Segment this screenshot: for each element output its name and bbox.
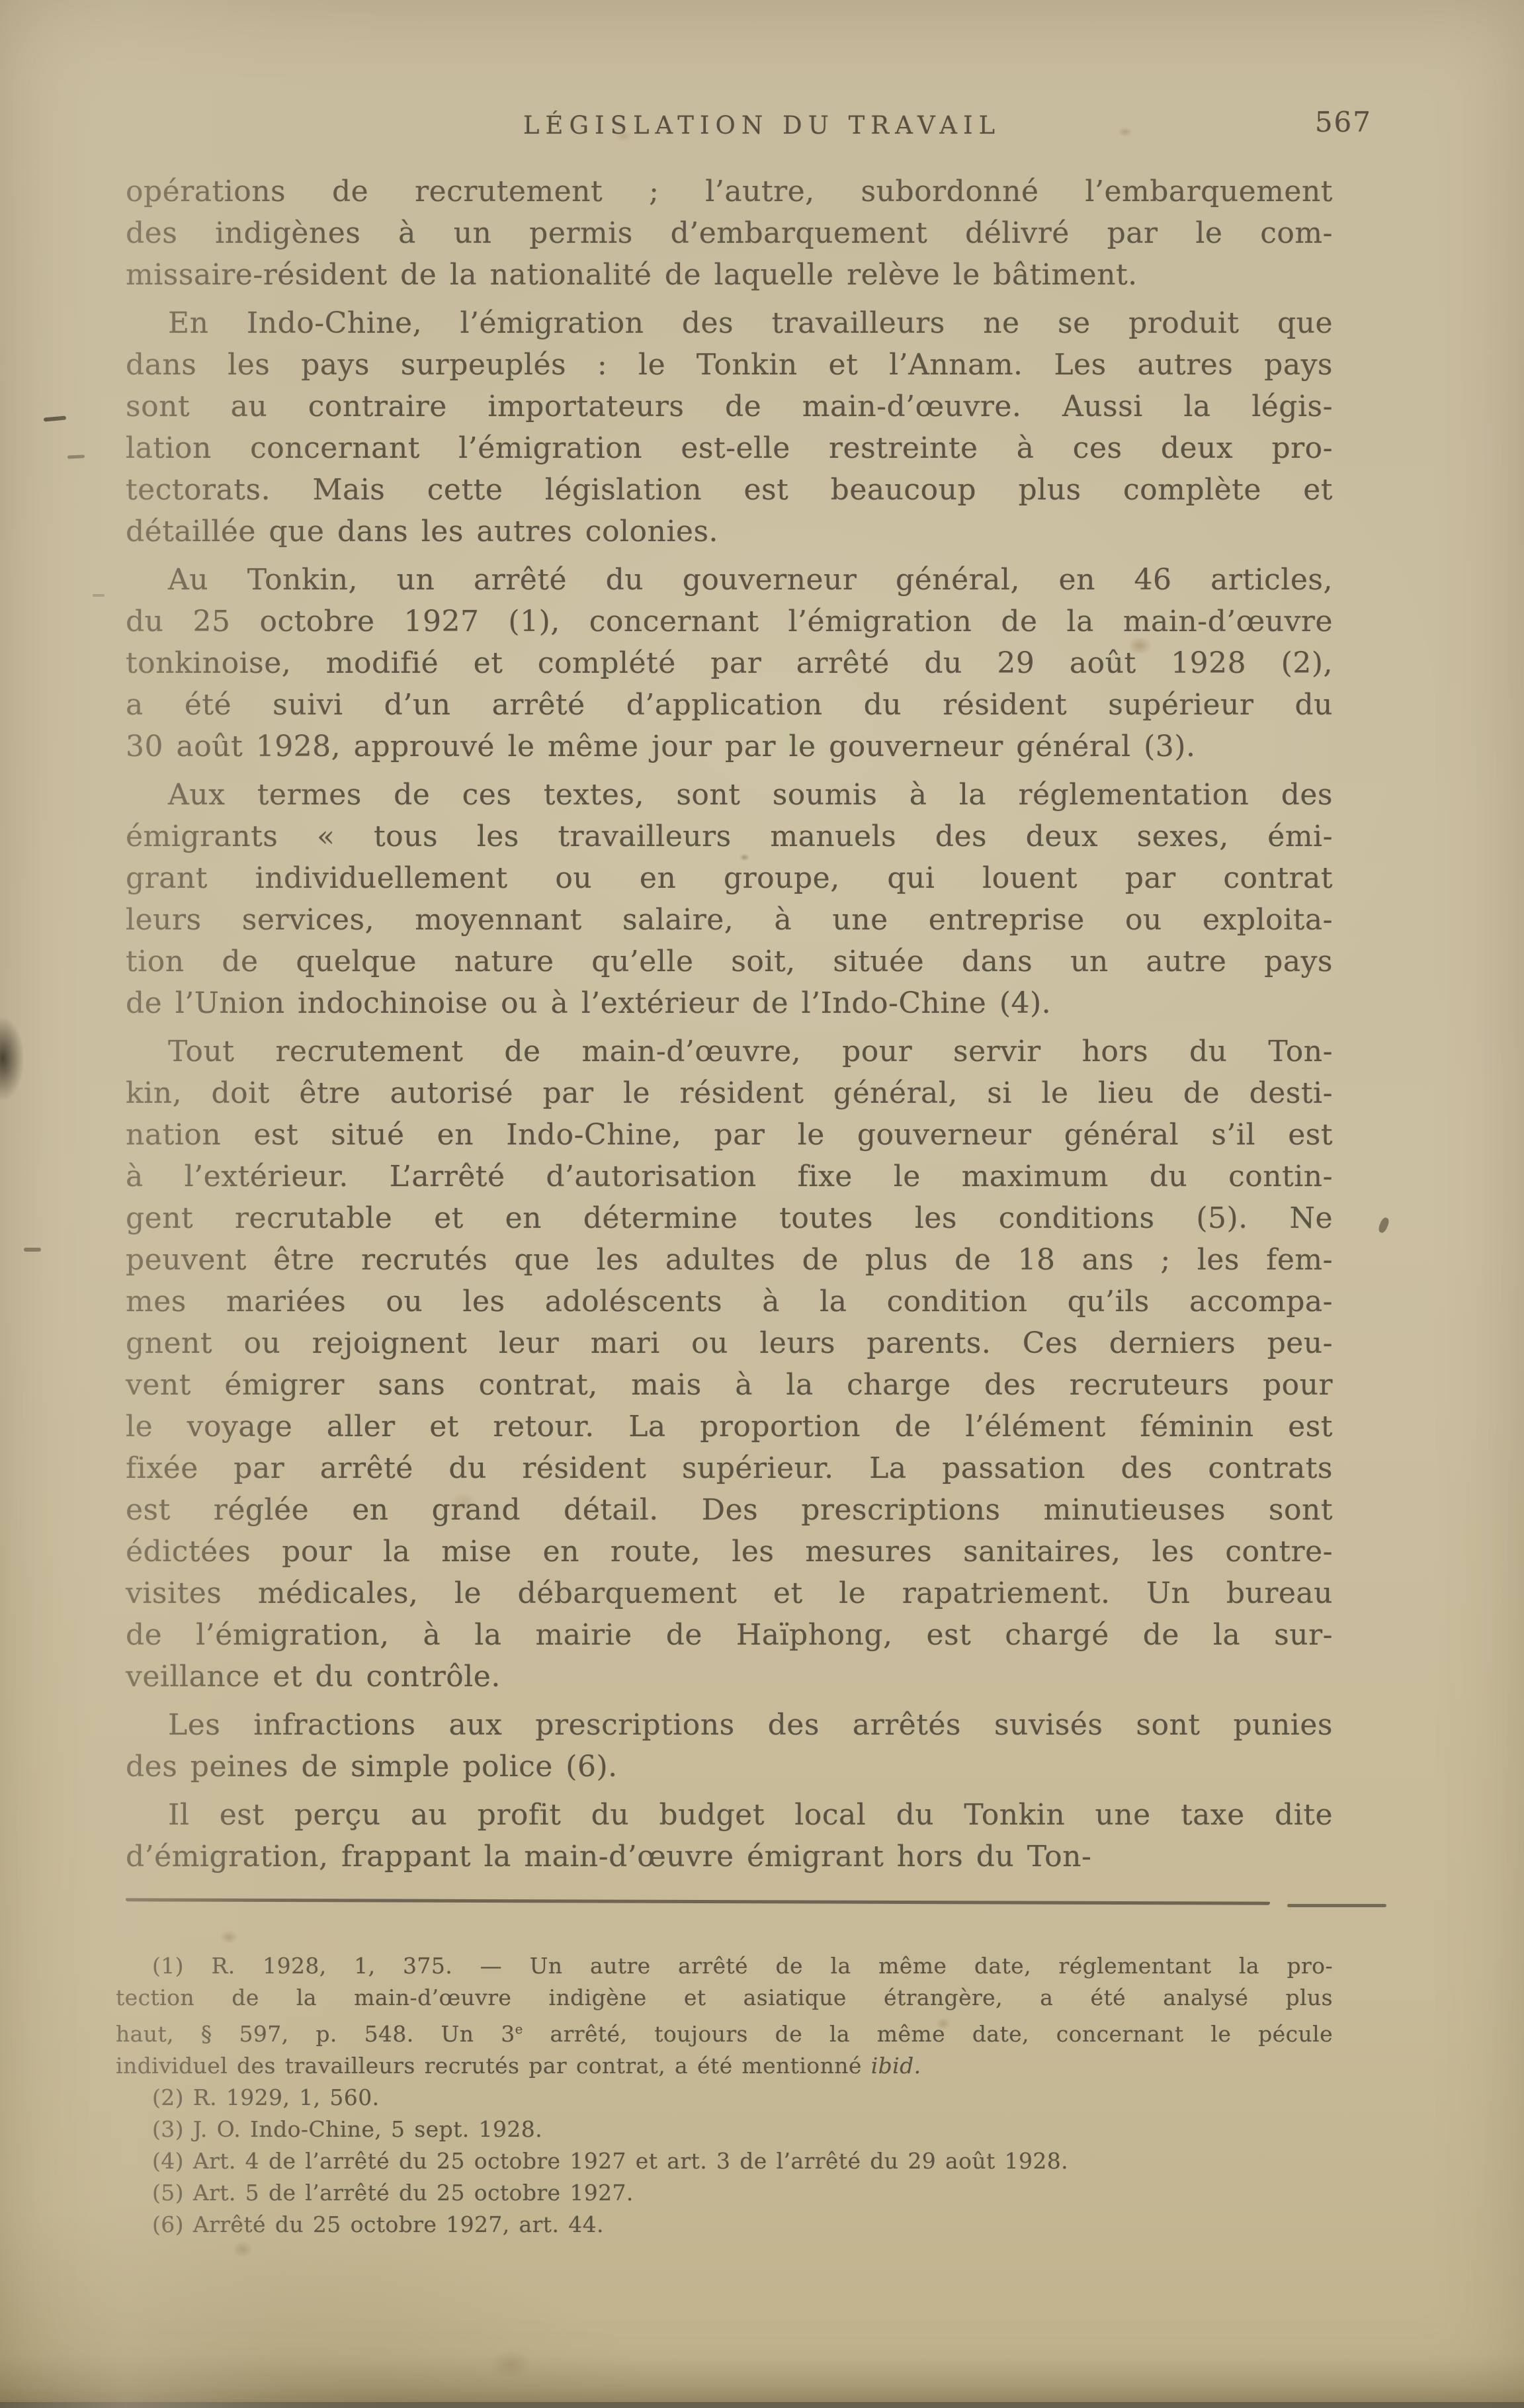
running-title: LÉGISLATION DU TRAVAIL: [0, 111, 1524, 140]
text-line: Tout recrutement de main-d’œuvre, pour s…: [126, 1031, 1333, 1072]
footnote: (1) R. 1928, 1, 375. — Un autre arrêté d…: [116, 1950, 1333, 2082]
text-line: peuvent être recrutés que les adultes de…: [126, 1239, 1333, 1281]
text-line: vent émigrer sans contrat, mais à la cha…: [126, 1364, 1333, 1406]
text-line: visites médicales, le débarquement et le…: [126, 1572, 1333, 1614]
footnote: (5) Art. 5 de l’arrêté du 25 octobre 192…: [116, 2177, 1333, 2209]
text-line: des peines de simple police (6).: [126, 1746, 1333, 1787]
text-line: fixée par arrêté du résident supérieur. …: [126, 1447, 1333, 1489]
text-line: tonkinoise, modifié et complété par arrê…: [126, 642, 1333, 684]
text-line: sont au contraire importateurs de main-d…: [126, 386, 1333, 427]
text-line: émigrants « tous les travailleurs manuel…: [126, 816, 1333, 857]
text-line: nation est situé en Indo-Chine, par le g…: [126, 1114, 1333, 1156]
text-line: opérations de recrutement ; l’autre, sub…: [126, 171, 1333, 212]
footnote: (3) J. O. Indo-Chine, 5 sept. 1928.: [116, 2114, 1333, 2145]
footnote-line: (6) Arrêté du 25 octobre 1927, art. 44.: [116, 2209, 1333, 2241]
text-line: lation concernant l’émigration est-elle …: [126, 427, 1333, 469]
margin-mark: [93, 594, 105, 597]
text-line: Il est perçu au profit du budget local d…: [126, 1794, 1333, 1836]
text-line: de l’émigration, à la mairie de Haïphong…: [126, 1614, 1333, 1656]
page-edge-smudge: [0, 1017, 24, 1100]
footnotes: (1) R. 1928, 1, 375. — Un autre arrêté d…: [116, 1950, 1333, 2241]
paragraph: Au Tonkin, un arrêté du gouverneur génér…: [126, 559, 1333, 767]
text-line: gnent ou rejoignent leur mari ou leurs p…: [126, 1322, 1333, 1364]
text-line: édictées pour la mise en route, les mesu…: [126, 1531, 1333, 1572]
footnote-line: (2) R. 1929, 1, 560.: [116, 2082, 1333, 2114]
paragraph: Tout recrutement de main-d’œuvre, pour s…: [126, 1031, 1333, 1698]
text-line: tion de quelque nature qu’elle soit, sit…: [126, 941, 1333, 982]
margin-mark: [44, 416, 66, 422]
text-line: leurs services, moyennant salaire, à une…: [126, 899, 1333, 941]
paragraph: Il est perçu au profit du budget local d…: [126, 1794, 1333, 1877]
paragraph: En Indo-Chine, l’émigration des travaill…: [126, 302, 1333, 552]
text-line: 30 août 1928, approuvé le même jour par …: [126, 726, 1333, 767]
footnote-line: (3) J. O. Indo-Chine, 5 sept. 1928.: [116, 2114, 1333, 2145]
text-line: à l’extérieur. L’arrêté d’autorisation f…: [126, 1156, 1333, 1197]
paragraph: Aux termes de ces textes, sont soumis à …: [126, 774, 1333, 1024]
footnote-line: (4) Art. 4 de l’arrêté du 25 octobre 192…: [116, 2145, 1333, 2177]
text-line: a été suivi d’un arrêté d’application du…: [126, 684, 1333, 726]
margin-mark: [24, 1248, 41, 1252]
footnote-line: haut, § 597, p. 548. Un 3e arrêté, toujo…: [116, 2014, 1333, 2050]
book-page-scan: LÉGISLATION DU TRAVAIL 567 opérations de…: [0, 0, 1524, 2408]
text-line: détaillée que dans les autres colonies.: [126, 511, 1333, 552]
text-line: missaire-résident de la nationalité de l…: [126, 254, 1333, 296]
paragraph: opérations de recrutement ; l’autre, sub…: [126, 171, 1333, 296]
text-line: dans les pays surpeuplés : le Tonkin et …: [126, 344, 1333, 386]
margin-mark: [67, 454, 85, 458]
footnote-separator-short: [1287, 1904, 1386, 1907]
text-line: veillance et du contrôle.: [126, 1656, 1333, 1698]
footnote-line: (5) Art. 5 de l’arrêté du 25 octobre 192…: [116, 2177, 1333, 2209]
footnote-line: individuel des travailleurs recrutés par…: [116, 2050, 1333, 2082]
footnote-separator: [126, 1898, 1270, 1905]
text-line: tectorats. Mais cette législation est be…: [126, 469, 1333, 511]
text-line: En Indo-Chine, l’émigration des travaill…: [126, 302, 1333, 344]
text-line: grant individuellement ou en groupe, qui…: [126, 857, 1333, 899]
footnote: (2) R. 1929, 1, 560.: [116, 2082, 1333, 2114]
text-line: mes mariées ou les adoléscents à la cond…: [126, 1281, 1333, 1322]
body-text: opérations de recrutement ; l’autre, sub…: [126, 171, 1333, 1877]
paper-stain: [489, 2350, 532, 2379]
text-line: le voyage aller et retour. La proportion…: [126, 1406, 1333, 1447]
margin-mark: [1377, 1217, 1390, 1234]
footnote-line: tection de la main-d’œuvre indigène et a…: [116, 1982, 1333, 2014]
text-line: Les infractions aux prescriptions des ar…: [126, 1704, 1333, 1746]
text-line: des indigènes à un permis d’embarquement…: [126, 212, 1333, 254]
text-line: de l’Union indochinoise ou à l’extérieur…: [126, 982, 1333, 1024]
paper-stain: [220, 1930, 238, 1944]
text-line: du 25 octobre 1927 (1), concernant l’émi…: [126, 601, 1333, 642]
footnote: (4) Art. 4 de l’arrêté du 25 octobre 192…: [116, 2145, 1333, 2177]
text-line: est réglée en grand détail. Des prescrip…: [126, 1489, 1333, 1531]
paper-stain: [233, 2241, 253, 2257]
footnote: (6) Arrêté du 25 octobre 1927, art. 44.: [116, 2209, 1333, 2241]
page-number: 567: [1315, 106, 1372, 138]
paragraph: Les infractions aux prescriptions des ar…: [126, 1704, 1333, 1787]
text-line: gent recrutable et en détermine toutes l…: [126, 1197, 1333, 1239]
text-line: Au Tonkin, un arrêté du gouverneur génér…: [126, 559, 1333, 601]
text-line: Aux termes de ces textes, sont soumis à …: [126, 774, 1333, 816]
text-line: kin, doit être autorisé par le résident …: [126, 1072, 1333, 1114]
footnote-line: (1) R. 1928, 1, 375. — Un autre arrêté d…: [116, 1950, 1333, 1982]
bottom-shading: [0, 2355, 1524, 2408]
text-line: d’émigration, frappant la main-d’œuvre é…: [126, 1836, 1333, 1877]
page-bottom-edge: [0, 2402, 1524, 2408]
